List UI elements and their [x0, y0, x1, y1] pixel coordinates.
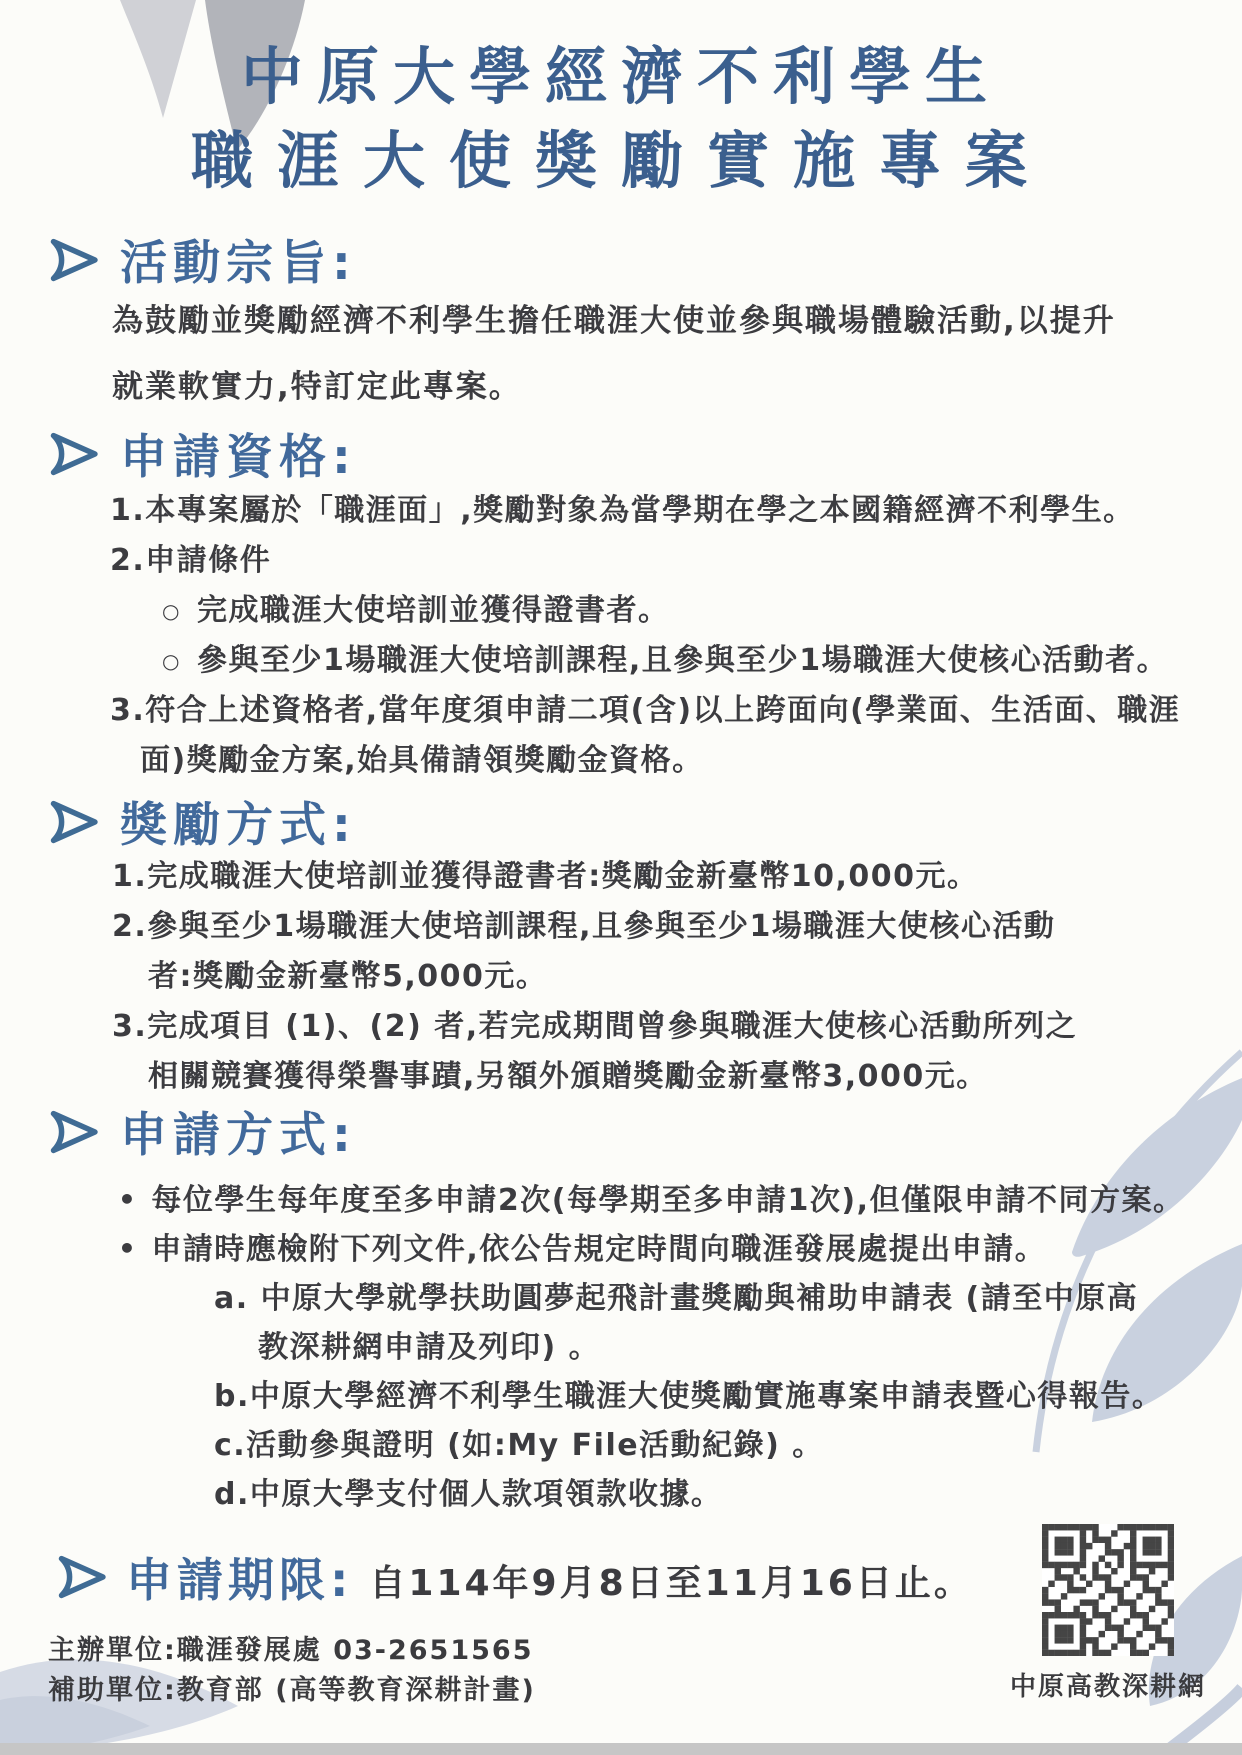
apply-doc-a-line-2: 教深耕網申請及列印) 。	[118, 1323, 1208, 1372]
purpose-paragraph: 為鼓勵並獎勵經濟不利學生擔任職涯大使並參與職場體驗活動,以提升 就業軟實力,特訂…	[112, 288, 1192, 420]
section-eligibility-heading-row: 申請資格:	[48, 420, 1208, 487]
dot-bullet-icon: •	[118, 1176, 137, 1224]
apply-doc-c: c.活動參與證明 (如:My File活動紀錄) 。	[118, 1421, 1208, 1470]
apply-bullet-1: • 每位學生每年度至多申請2次(每學期至多申請1次),但僅限申請不同方案。	[118, 1176, 1208, 1225]
eligibility-heading: 申請資格:	[120, 420, 357, 487]
section-purpose-heading-row: 活動宗旨:	[48, 226, 1208, 293]
poster-title-line2: 職涯大使獎勵實施專案	[0, 118, 1242, 204]
eligibility-sub-1-text: 完成職涯大使培訓並獲得證書者。	[197, 586, 670, 636]
qr-block: 中原高教深耕網	[1008, 1524, 1208, 1703]
purpose-line-1: 為鼓勵並獎勵經濟不利學生擔任職涯大使並參與職場體驗活動,以提升	[112, 288, 1192, 354]
apply-bullet-1-text: 每位學生每年度至多申請2次(每學期至多申請1次),但僅限申請不同方案。	[151, 1176, 1184, 1225]
scan-edge-strip	[0, 1743, 1242, 1755]
dot-bullet-icon: •	[118, 1225, 137, 1273]
apply-bullet-2: • 申請時應檢附下列文件,依公告規定時間向職涯發展處提出申請。	[118, 1225, 1208, 1274]
apply-bullet-2-text: 申請時應檢附下列文件,依公告規定時間向職涯發展處提出申請。	[151, 1225, 1046, 1274]
section-arrow-icon	[48, 799, 102, 845]
section-arrow-icon	[48, 431, 102, 477]
reward-list: 1.完成職涯大使培訓並獲得證書者:獎勵金新臺幣10,000元。 2.參與至少1場…	[112, 852, 1202, 1102]
section-arrow-icon	[48, 237, 102, 283]
eligibility-item-3-line-2: 面)獎勵金方案,始具備請領獎勵金資格。	[110, 736, 1200, 786]
reward-heading: 獎勵方式:	[120, 788, 357, 855]
reward-item-2-line-1: 2.參與至少1場職涯大使培訓課程,且參與至少1場職涯大使核心活動	[112, 902, 1202, 952]
apply-list: • 每位學生每年度至多申請2次(每學期至多申請1次),但僅限申請不同方案。 • …	[118, 1176, 1208, 1519]
qr-label: 中原高教深耕網	[1008, 1666, 1208, 1703]
deadline-date-text: 自114年9月8日至11月16日止。	[369, 1549, 972, 1606]
poster-title-line1: 中原大學經濟不利學生	[0, 36, 1242, 118]
reward-item-1: 1.完成職涯大使培訓並獲得證書者:獎勵金新臺幣10,000元。	[112, 852, 1202, 902]
eligibility-sub-2-text: 參與至少1場職涯大使培訓課程,且參與至少1場職涯大使核心活動者。	[197, 636, 1168, 686]
eligibility-item-3-line-1: 3.符合上述資格者,當年度須申請二項(含)以上跨面向(學業面、生活面、職涯	[110, 686, 1200, 736]
section-reward-heading-row: 獎勵方式:	[48, 788, 1208, 855]
apply-doc-d: d.中原大學支付個人款項領款收據。	[118, 1470, 1208, 1519]
apply-doc-b: b.中原大學經濟不利學生職涯大使獎勵實施專案申請表暨心得報告。	[118, 1372, 1208, 1421]
section-arrow-icon	[48, 1109, 102, 1155]
purpose-heading: 活動宗旨:	[120, 226, 357, 293]
section-apply-heading-row: 申請方式:	[48, 1098, 1208, 1165]
eligibility-item-1: 1.本專案屬於「職涯面」,獎勵對象為當學期在學之本國籍經濟不利學生。	[110, 486, 1200, 536]
eligibility-item-2-sub-1: ○ 完成職涯大使培訓並獲得證書者。	[110, 586, 1200, 636]
apply-heading: 申請方式:	[120, 1098, 357, 1165]
eligibility-item-2-sub-2: ○ 參與至少1場職涯大使培訓課程,且參與至少1場職涯大使核心活動者。	[110, 636, 1200, 686]
eligibility-list: 1.本專案屬於「職涯面」,獎勵對象為當學期在學之本國籍經濟不利學生。 2.申請條…	[110, 486, 1200, 786]
circle-bullet-icon: ○	[162, 586, 181, 636]
apply-doc-a-line-1: a. 中原大學就學扶助圓夢起飛計畫獎勵與補助申請表 (請至中原高	[118, 1274, 1208, 1323]
poster-title: 中原大學經濟不利學生 職涯大使獎勵實施專案	[0, 36, 1242, 203]
purpose-line-2: 就業軟實力,特訂定此專案。	[112, 354, 1192, 420]
poster-page: 中原大學經濟不利學生 職涯大使獎勵實施專案 活動宗旨: 為鼓勵並獎勵經濟不利學生…	[0, 0, 1242, 1755]
circle-bullet-icon: ○	[162, 636, 181, 686]
qr-code	[1008, 1524, 1208, 1656]
reward-item-2-line-2: 者:獎勵金新臺幣5,000元。	[112, 952, 1202, 1002]
deadline-heading: 申請期限:	[126, 1544, 353, 1610]
section-arrow-icon	[56, 1554, 110, 1600]
eligibility-item-2: 2.申請條件	[110, 536, 1200, 586]
reward-item-3-line-1: 3.完成項目 (1)、(2) 者,若完成期間曾參與職涯大使核心活動所列之	[112, 1002, 1202, 1052]
reward-item-3-line-2: 相關競賽獲得榮譽事蹟,另額外頒贈獎勵金新臺幣3,000元。	[112, 1052, 1202, 1102]
